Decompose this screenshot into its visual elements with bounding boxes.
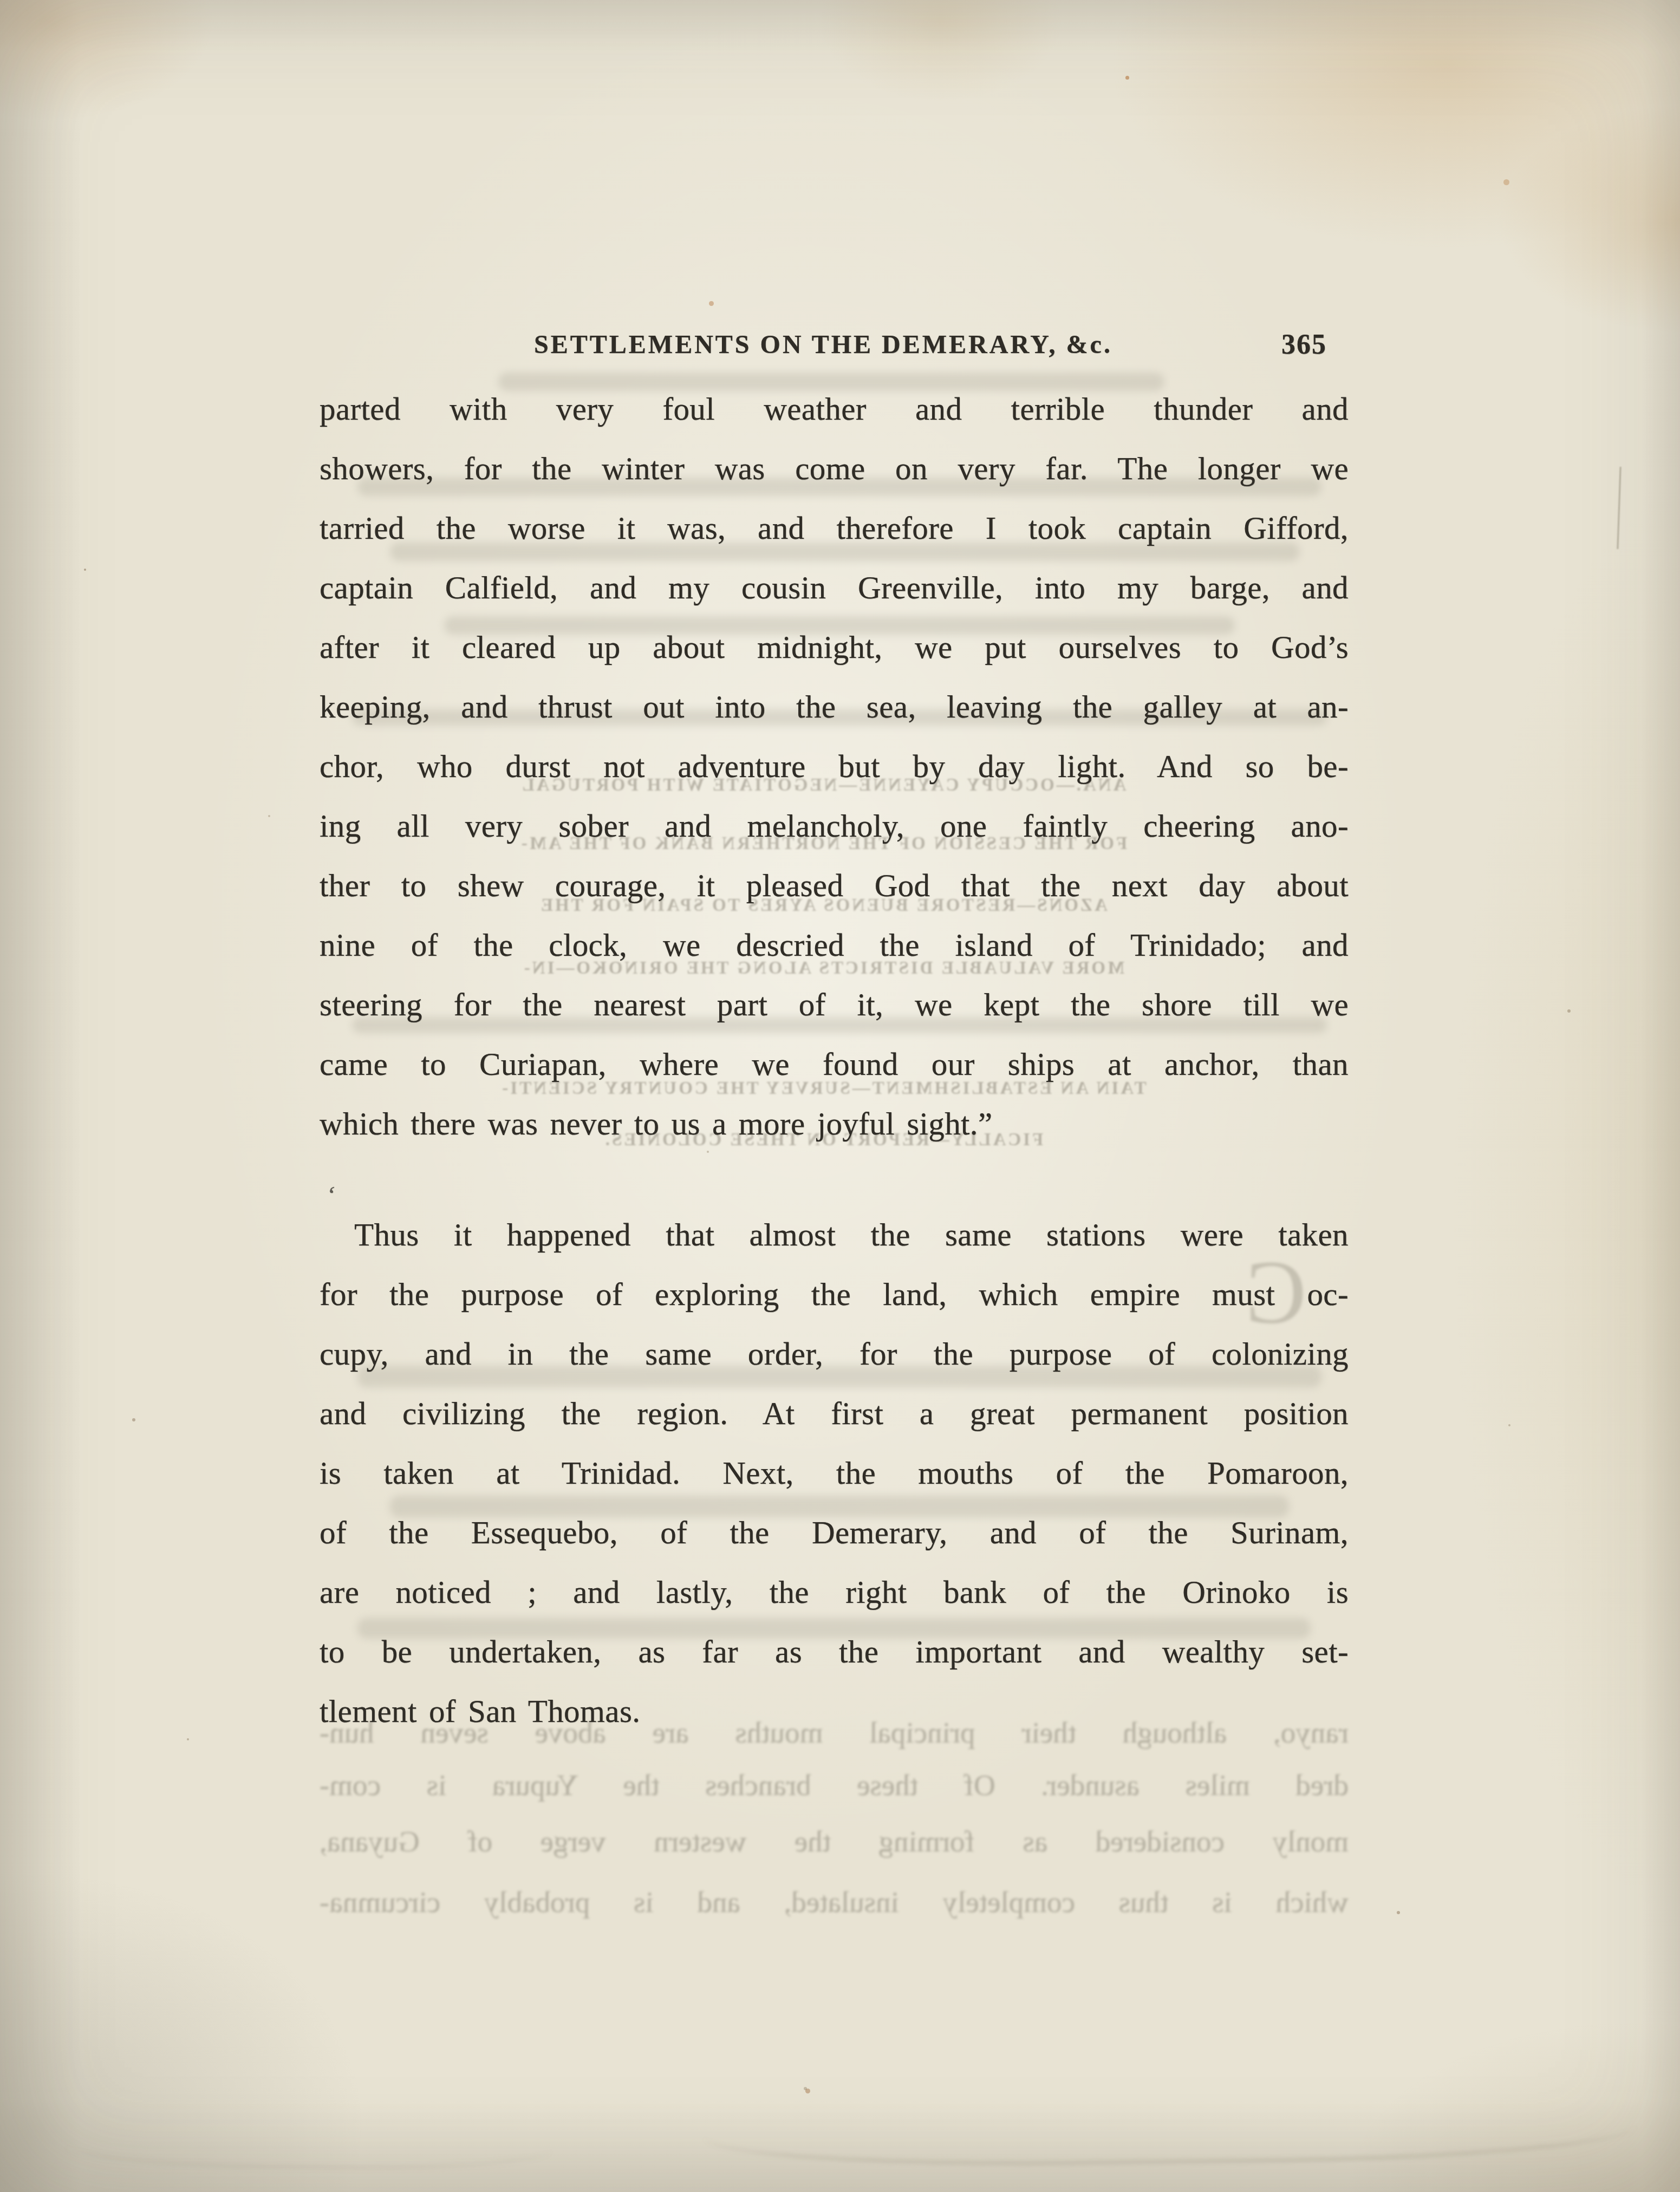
text-line: tarried the worse it was, and therefore … [320, 498, 1349, 558]
text-line: captain Calfield, and my cousin Greenvil… [320, 558, 1349, 617]
main-paragraph: Thus it happened that almost the same st… [320, 1205, 1349, 1741]
text-line: steering for the nearest part of it, we … [320, 975, 1349, 1034]
text-line: of the Essequebo, of the Demerary, and o… [320, 1503, 1349, 1562]
text-line: to be undertaken, as far as the importan… [320, 1622, 1349, 1681]
text-line: chor, who durst not adventure but by day… [320, 736, 1349, 796]
bleedthrough-text-line: which is thus completely insulated, and … [320, 1883, 1349, 1921]
text-line: ing all very sober and melancholy, one f… [320, 796, 1349, 856]
text-line: ther to shew courage, it pleased God tha… [320, 856, 1349, 915]
bleedthrough-text-line: monly considered as forming the western … [320, 1823, 1349, 1861]
running-header: SETTLEMENTS ON THE DEMERARY, &c. [320, 329, 1327, 361]
text-line: cupy, and in the same order, for the pur… [320, 1324, 1349, 1384]
page-number: 365 [1281, 329, 1327, 361]
main-paragraph-lines: Thus it happened that almost the same st… [320, 1205, 1349, 1681]
text-line: parted with very foul weather and terrib… [320, 379, 1349, 439]
paper-speckles [84, 569, 86, 571]
text-line: nine of the clock, we descried the islan… [320, 915, 1349, 975]
page-header: SETTLEMENTS ON THE DEMERARY, &c. 365 [320, 329, 1327, 361]
quote-paragraph-lines: parted with very foul weather and terrib… [320, 379, 1349, 1094]
paper-crease [1617, 467, 1621, 549]
text-line: keeping, and thrust out into the sea, le… [320, 677, 1349, 736]
text-line: is taken at Trinidad. Next, the mouths o… [320, 1443, 1349, 1503]
text-line: came to Curiapan, where we found our shi… [320, 1034, 1349, 1094]
text-line: tlement of San Thomas. [320, 1681, 1349, 1741]
text-line: and civilizing the region. At first a gr… [320, 1384, 1349, 1443]
quote-paragraph: parted with very foul weather and terrib… [320, 379, 1349, 1153]
page-edge-shadow-left [65, 2126, 553, 2170]
page-edge-shadow [704, 2095, 1636, 2168]
foxing-spots [1125, 76, 1129, 80]
text-line: Thus it happened that almost the same st… [320, 1205, 1349, 1264]
text-line: showers, for the winter was come on very… [320, 439, 1349, 498]
book-page-scan: ANA.—OCCUPY CAYENNE—NEGOTIATE WITH PORTU… [0, 0, 1680, 2192]
text-line: are noticed ; and lastly, the right bank… [320, 1562, 1349, 1622]
text-line: after it cleared up about midnight, we p… [320, 617, 1349, 677]
text-line: for the purpose of exploring the land, w… [320, 1264, 1349, 1324]
bleedthrough-text-line: dred miles asunder. Of these branches th… [320, 1766, 1349, 1804]
text-line: which there was never to us a more joyfu… [320, 1094, 1349, 1153]
